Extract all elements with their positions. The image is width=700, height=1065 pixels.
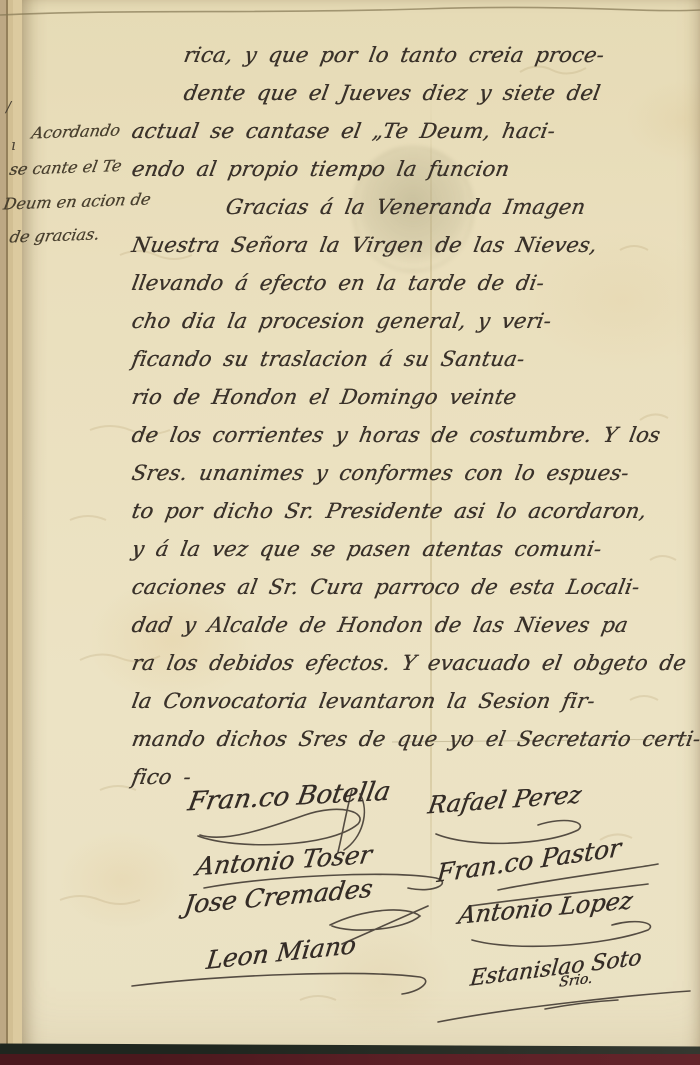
manuscript-text-line: rio de Hondon el Domingo veinte bbox=[132, 378, 696, 416]
manuscript-text-line: caciones al Sr. Cura parroco de esta Loc… bbox=[132, 568, 696, 606]
manuscript-text-line: Sres. unanimes y conformes con lo espues… bbox=[132, 454, 696, 492]
book-cover-maroon-band bbox=[0, 1054, 700, 1065]
manuscript-text-line: Nuestra Señora la Virgen de las Nieves, bbox=[132, 226, 696, 264]
margin-tick-mark: ı bbox=[11, 136, 16, 154]
scanned-manuscript-page: Acordando se cante el Te Deum en acion d… bbox=[0, 0, 700, 1065]
manuscript-text-line: endo al propio tiempo la funcion bbox=[132, 150, 696, 188]
margin-note-line: se cante el Te bbox=[10, 158, 121, 177]
manuscript-text-line: cho dia la procesion general, y veri- bbox=[132, 302, 696, 340]
manuscript-text-block: rica, y que por lo tanto creia proce- de… bbox=[132, 36, 696, 796]
manuscript-text-line: y á la vez que se pasen atentas comuni- bbox=[132, 530, 696, 568]
manuscript-text-line: dente que el Jueves diez y siete del bbox=[132, 74, 696, 112]
manuscript-text-line: to por dicho Sr. Presidente asi lo acord… bbox=[132, 492, 696, 530]
manuscript-text-line: mando dichos Sres de que yo el Secretari… bbox=[132, 720, 696, 758]
manuscript-text-line: ficando su traslacion á su Santua- bbox=[132, 340, 696, 378]
margin-note-line: de gracias. bbox=[10, 226, 99, 245]
manuscript-text-line: ra los debidos efectos. Y evacuado el ob… bbox=[132, 644, 696, 682]
margin-note-line: Acordando bbox=[32, 122, 120, 141]
manuscript-text-line: la Convocatoria levantaron la Sesion fir… bbox=[132, 682, 696, 720]
manuscript-text-line: llevando á efecto en la tarde de di- bbox=[132, 264, 696, 302]
manuscript-text-line: rica, y que por lo tanto creia proce- bbox=[132, 36, 696, 74]
margin-note-line: Deum en acion de bbox=[4, 192, 150, 211]
manuscript-text-line: dad y Alcalde de Hondon de las Nieves pa bbox=[132, 606, 696, 644]
manuscript-text-line: Gracias á la Veneranda Imagen bbox=[132, 188, 696, 226]
manuscript-text-line: actual se cantase el „Te Deum, haci- bbox=[132, 112, 696, 150]
margin-tick-mark: / bbox=[6, 98, 11, 116]
manuscript-text-line: de los corrientes y horas de costumbre. … bbox=[132, 416, 696, 454]
